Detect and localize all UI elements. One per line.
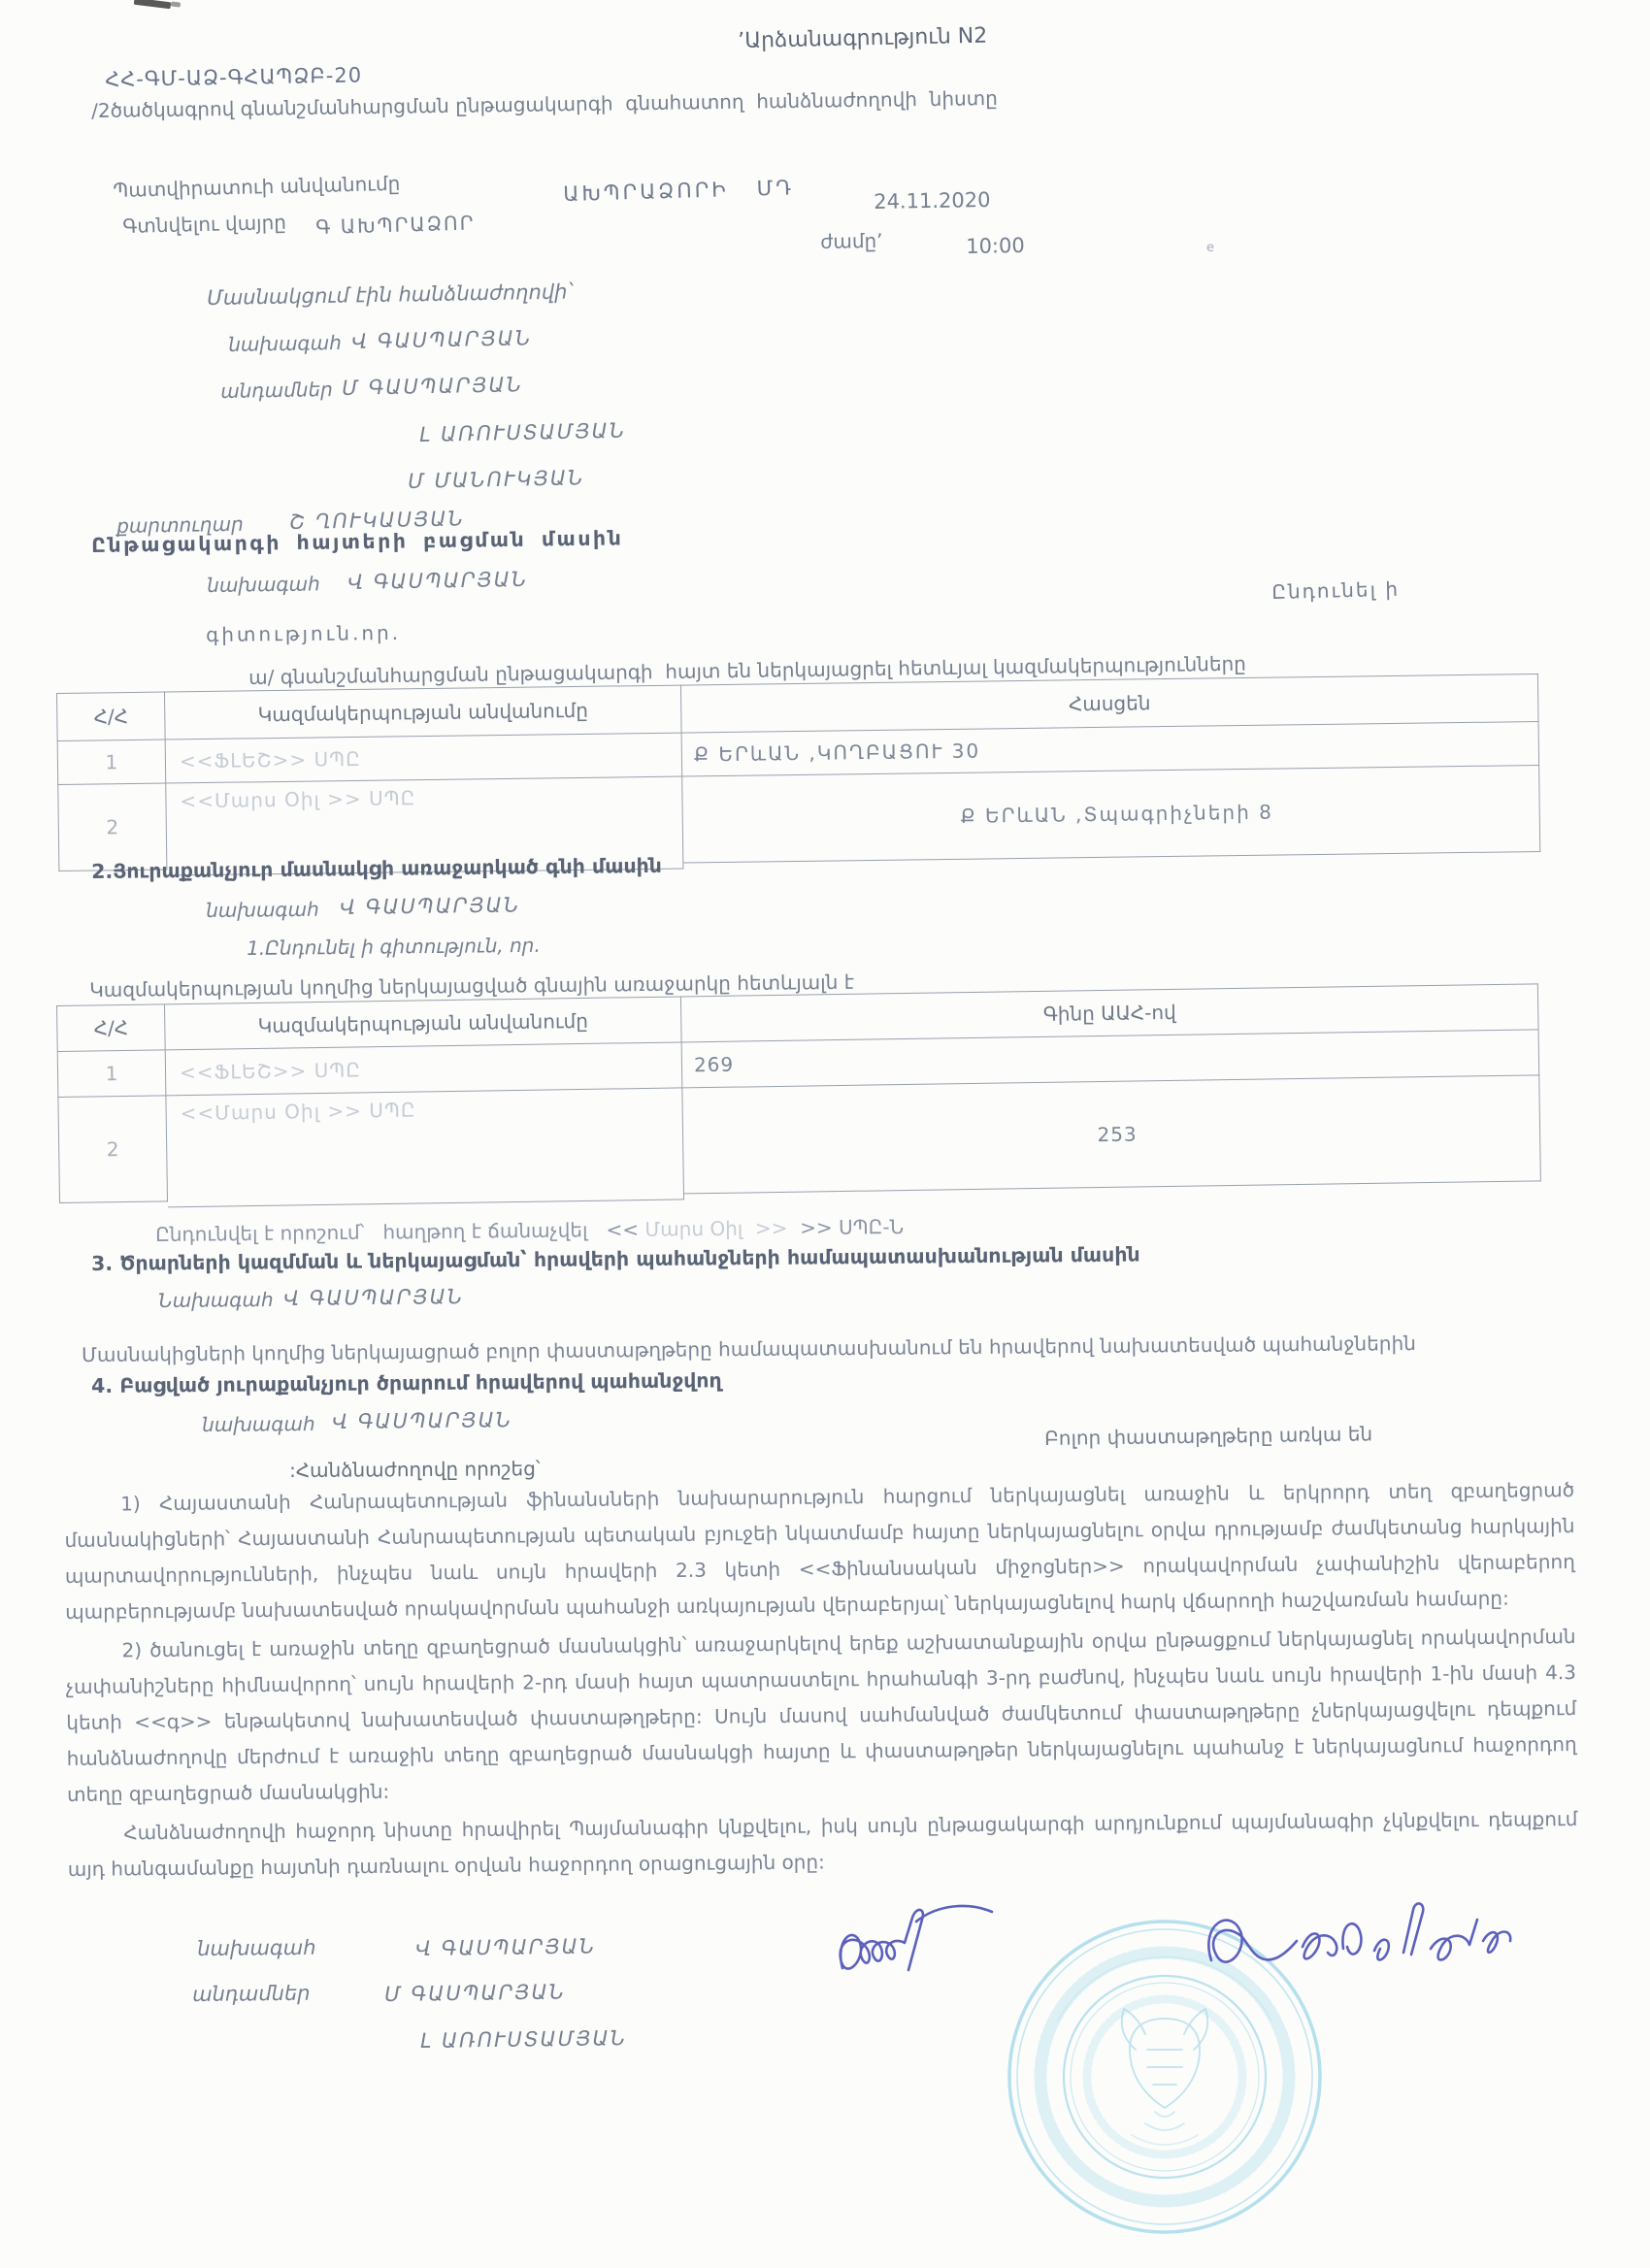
decision-prefix: Ընդունվել է որոշում՝ հաղթող է ճանաչվել <… bbox=[155, 1218, 639, 1246]
section2-chair-label: նախագահ bbox=[206, 898, 319, 922]
decision-suffix: >> ՍՊԸ-Ն bbox=[800, 1215, 904, 1239]
table-cell-company: <<Մարս Օիլ >> ՍՊԸ bbox=[166, 1088, 684, 1207]
member-name: Լ ԱՌՈՒՍՏԱՄՅԱՆ bbox=[419, 419, 626, 446]
signature-chairman-label: նախագահ bbox=[197, 1936, 316, 1960]
time-value: 10:00 bbox=[966, 234, 1025, 258]
section2-note: 1.Ընդունել ի գիտություն, որ. bbox=[247, 934, 541, 960]
bidders-table: Հ/Հ Կազմակերպության անվանումը Հասցեն 1 <… bbox=[56, 674, 1540, 877]
note-left: գիտություն.որ. bbox=[206, 621, 401, 646]
section3-heading: 3. Ծրարների կազմման և ներկայացման՝ հրավե… bbox=[91, 1243, 1140, 1275]
chairman-label: նախագահ bbox=[228, 331, 342, 356]
section1-chair-label: նախագահ bbox=[207, 572, 320, 597]
table-cell-address: Ք ԵՐևԱՆ ,Տպագրիչների 8 bbox=[682, 766, 1540, 864]
section3-chair-name: Վ ԳԱՍՊԱՐՅԱՆ bbox=[283, 1285, 464, 1310]
section4-heading: 4. Բացված յուրաքանչյուր ծրարում հրավերով… bbox=[91, 1368, 722, 1397]
member-name: Մ ՄԱՆՈՒԿՅԱՆ bbox=[408, 466, 584, 493]
table-header-cell: Հ/Հ bbox=[56, 1003, 166, 1052]
time-label: ժամը՚ bbox=[820, 229, 883, 253]
handwritten-signature-right bbox=[1208, 1903, 1510, 1961]
section2-heading: 2.Յուրաքանչյուր մասնակցի առաջարկած գնի մ… bbox=[91, 854, 662, 883]
location-label: Գտնվելու վայրը bbox=[122, 211, 286, 238]
commission-resolved: :Հանձնաժողովը որոշեց՝ bbox=[289, 1457, 541, 1482]
resolution-paragraphs: 1) Հայաստանի Հանրապետության ֆինանսների ն… bbox=[64, 1472, 1578, 1888]
attendance-heading: Մասնակցում էին հանձնաժողովի՝ bbox=[207, 279, 573, 310]
section2-chair-name: Վ ԳԱՍՊԱՐՅԱՆ bbox=[340, 893, 520, 919]
table-cell-price: 253 bbox=[682, 1075, 1541, 1194]
table-cell-company: <<ՖԼԵՇ>> ՍՊԸ bbox=[166, 1042, 683, 1096]
decision-line: Ընդունվել է որոշում՝ հաղթող է ճանաչվել <… bbox=[155, 1215, 904, 1246]
customer-value: ԱԽՊՐԱՁՈՐԻ ՄԴ bbox=[563, 176, 794, 206]
signature-member-name: Լ ԱՌՈՒՍՏԱՄՅԱՆ bbox=[420, 2026, 627, 2053]
decision-company: Մարս Օիլ >> bbox=[639, 1216, 800, 1241]
table-cell-no: 2 bbox=[57, 1096, 168, 1203]
table-cell-no: 1 bbox=[57, 1050, 167, 1098]
chairman-name: Վ ԳԱՍՊԱՐՅԱՆ bbox=[351, 326, 532, 353]
scan-smudge bbox=[171, 1, 181, 7]
member-name: Մ ԳԱՍՊԱՐՅԱՆ bbox=[342, 373, 523, 400]
section4-right-note: Բոլոր փաստաթղթերը առկա են bbox=[1044, 1422, 1372, 1450]
session-date: 24.11.2020 bbox=[874, 188, 991, 214]
handwritten-signature-left bbox=[841, 1906, 992, 1970]
members-label: անդամներ bbox=[220, 378, 333, 403]
corner-mark: e bbox=[1206, 241, 1214, 255]
handwritten-signatures bbox=[815, 1892, 1582, 2057]
table-header-cell: Կազմակերպության անվանումը bbox=[165, 996, 682, 1050]
scan-smudge bbox=[134, 0, 172, 9]
signature-chairman-name: Վ ԳԱՍՊԱՐՅԱՆ bbox=[415, 1934, 596, 1960]
document-subtitle: /2ծածկագրով գնանշմանհարցման ընթացակարգի … bbox=[91, 86, 998, 122]
location-value: Գ ԱԽՊՐԱՁՈՐ bbox=[315, 211, 476, 239]
section3-body: Մասնակիցների կողմից ներկայացրած բոլոր փա… bbox=[82, 1331, 1581, 1366]
section1-chair-name: Վ ԳԱՍՊԱՐՅԱՆ bbox=[347, 568, 528, 594]
signature-member-name: Մ ԳԱՍՊԱՐՅԱՆ bbox=[384, 1980, 566, 2006]
procurement-code: ՀՀ-ԳՄ-ԱՁ-ԳՀԱՊՁԲ-20 bbox=[105, 63, 362, 91]
section4-chair-name: Վ ԳԱՍՊԱՐՅԱՆ bbox=[332, 1408, 512, 1433]
table-cell-no: 1 bbox=[57, 740, 167, 785]
customer-label: Պատվիրատուի անվանումը bbox=[113, 172, 401, 202]
table-header-cell: Կազմակերպության անվանումը bbox=[165, 685, 682, 740]
section3-chair-label: Նախագահ bbox=[158, 1288, 274, 1312]
prices-table: Հ/Հ Կազմակերպության անվանումը Գինը ԱԱՀ-ո… bbox=[56, 983, 1541, 1209]
resolution-paragraph-1: 1) Հայաստանի Հանրապետության ֆինանսների ն… bbox=[64, 1472, 1575, 1630]
scanned-protocol-document: ՚Արձանագրություն N2 ՀՀ-ԳՄ-ԱՁ-ԳՀԱՊՁԲ-20 /… bbox=[0, 0, 1650, 2268]
note-right: Ընդունել ի bbox=[1271, 577, 1400, 604]
signature-members-label: անդամներ bbox=[192, 1982, 311, 2006]
document-title: ՚Արձանագրություն N2 bbox=[738, 24, 987, 53]
resolution-paragraph-3: Հանձնաժողովի հաջորդ նիստը հրավիրել Պայմա… bbox=[67, 1801, 1578, 1888]
table-cell-company: <<ՖԼԵՇ>> ՍՊԸ bbox=[166, 734, 683, 784]
resolution-paragraph-2: 2) ծանուցել է առաջին տեղը զբաղեցրած մասն… bbox=[65, 1619, 1577, 1813]
section4-chair-label: նախագահ bbox=[202, 1412, 315, 1436]
table-header-cell: Հ/Հ bbox=[56, 692, 166, 741]
